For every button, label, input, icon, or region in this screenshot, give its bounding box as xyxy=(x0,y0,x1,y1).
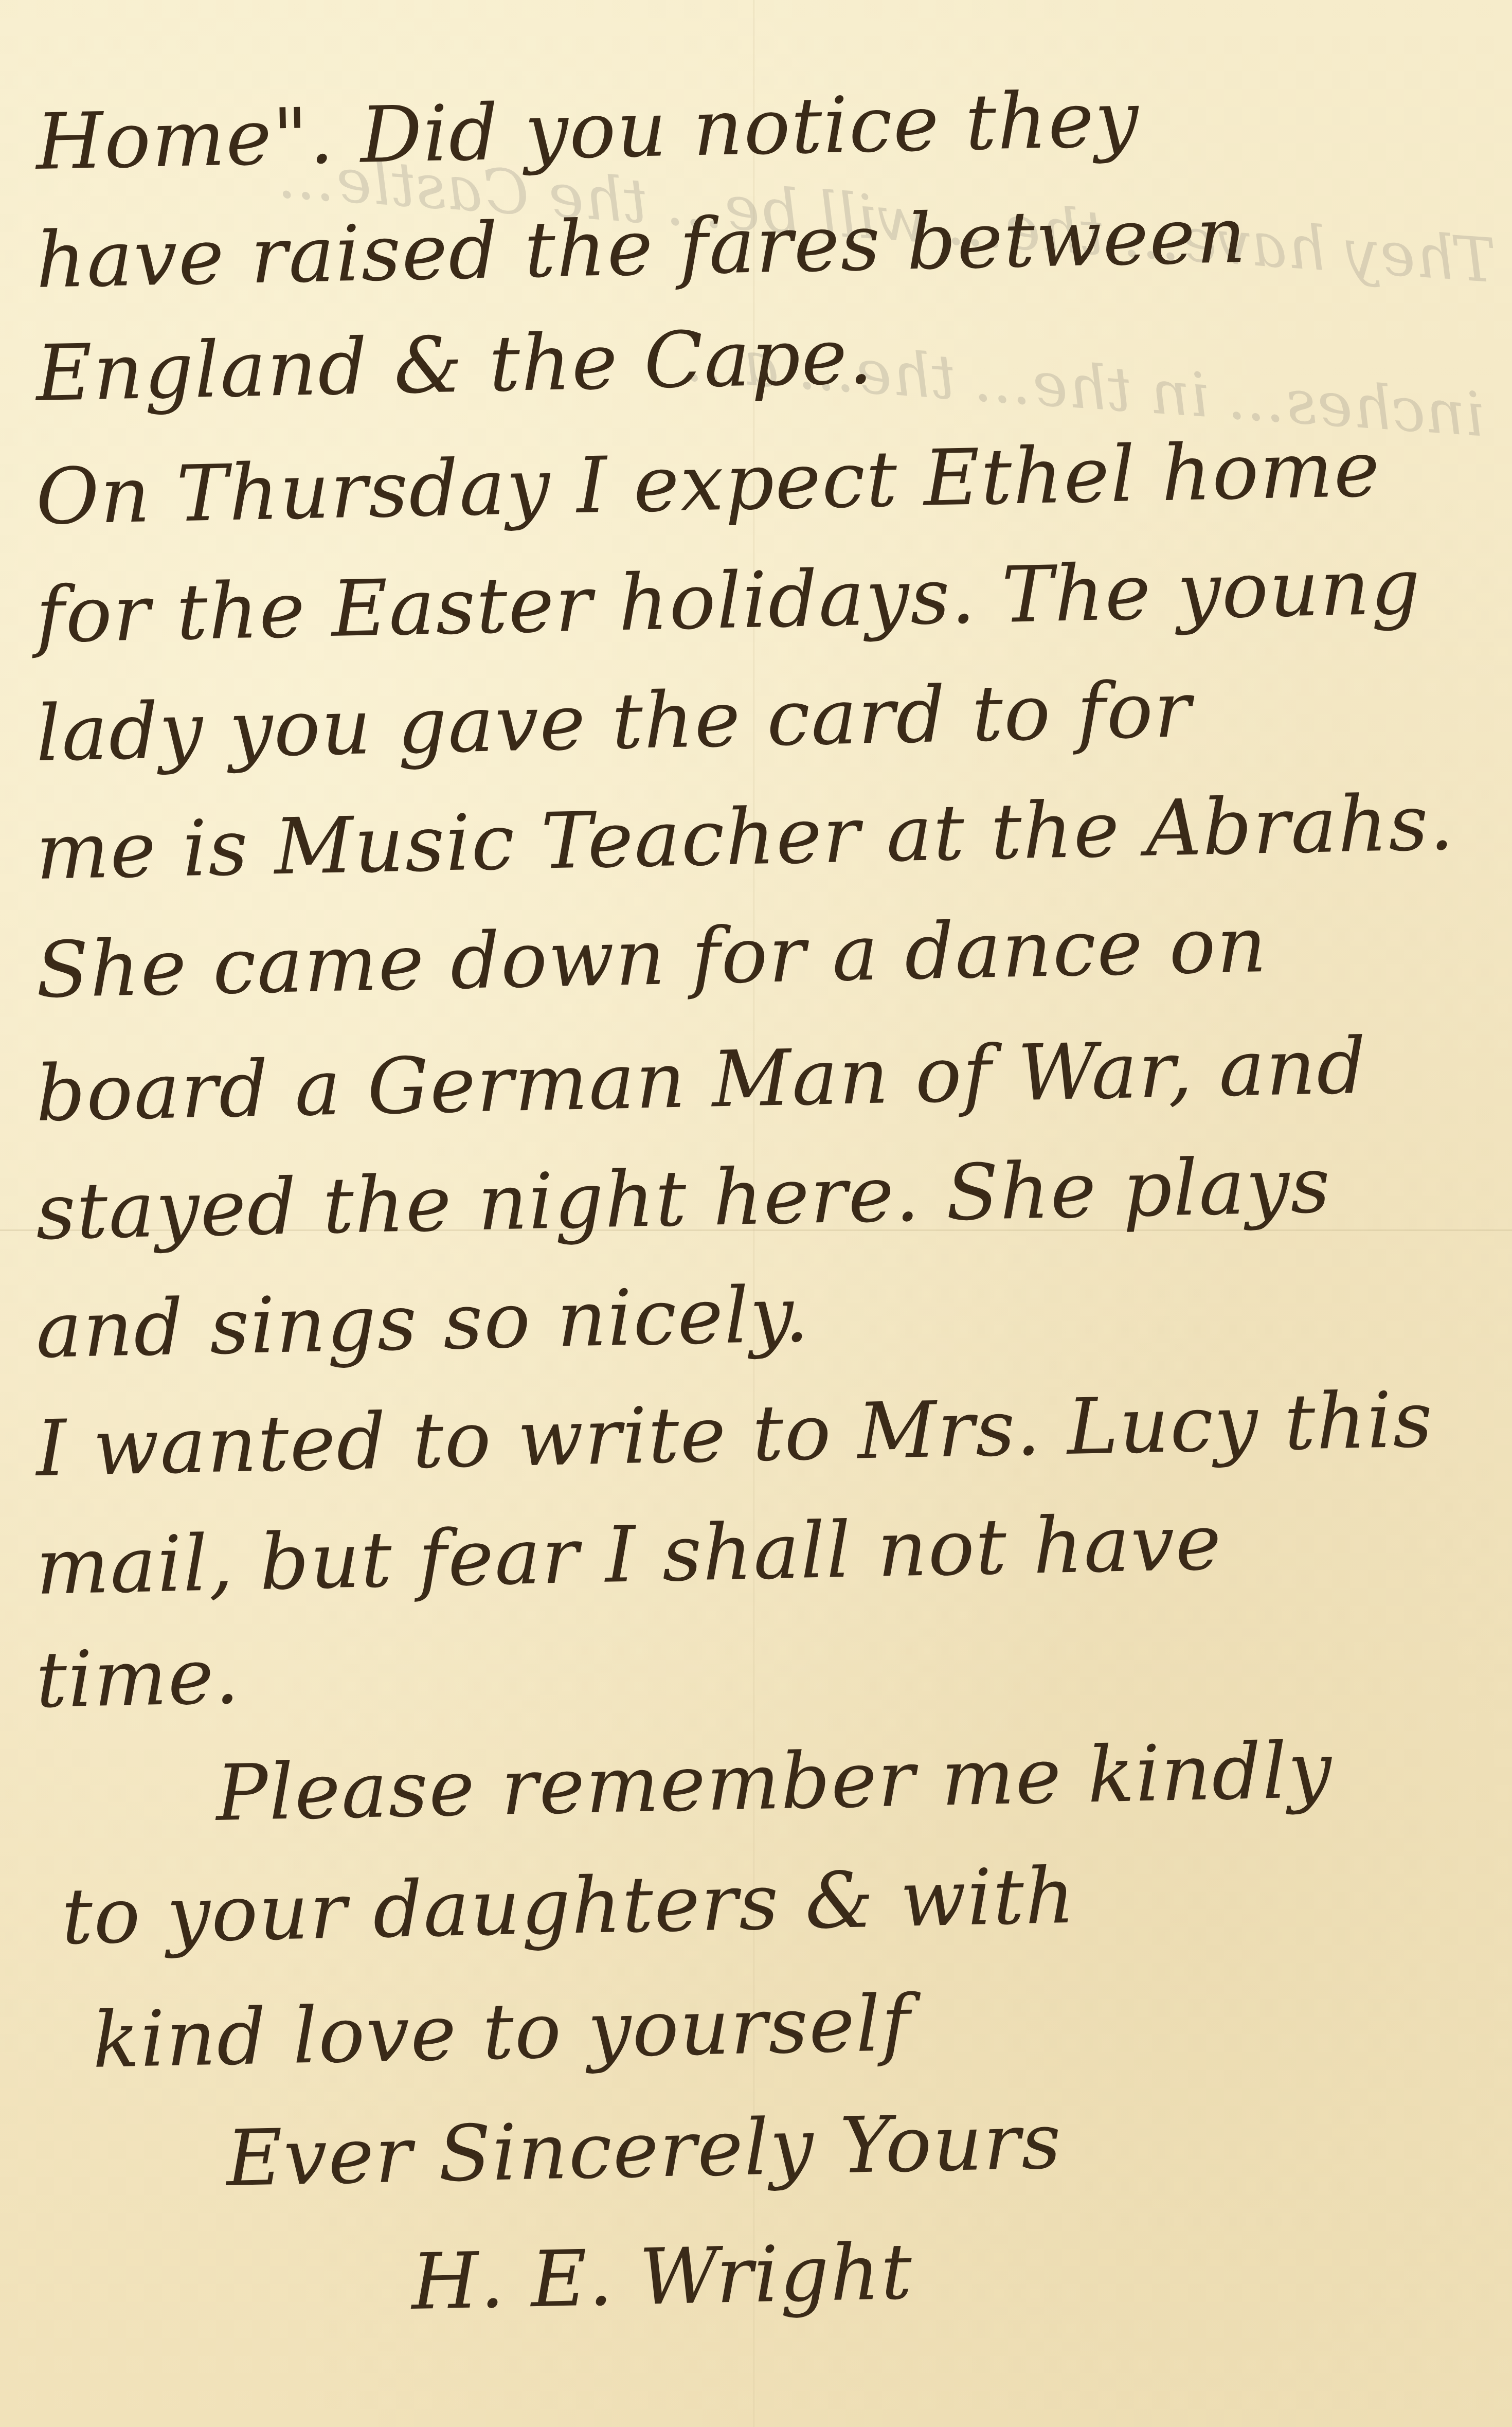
letter-line: me is Music Teacher at the Abrahs. xyxy=(35,778,1455,897)
letter-line: board a German Man of War, and xyxy=(35,1022,1368,1139)
letter-line: I wanted to write to Mrs. Lucy this xyxy=(35,1375,1434,1494)
letter-line: to your daughters & with xyxy=(61,1851,1076,1962)
letter-line: kind love to yourself xyxy=(92,1979,912,2085)
letter-line: mail, but fear I shall not have xyxy=(35,1498,1223,1612)
letter-line: and sings so nicely. xyxy=(35,1270,811,1376)
letter-line: lady you gave the card to for xyxy=(35,665,1193,779)
closing-salutation: Ever Sincerely Yours xyxy=(225,2097,1063,2204)
letter-line: Please remember me kindly xyxy=(215,1726,1333,1839)
signature: H. E. Wright xyxy=(410,2227,913,2327)
letter-page: They have... the... will be... the Castl… xyxy=(0,0,1512,2427)
letter-line: On Thursday I expect Ethel home xyxy=(35,424,1381,542)
letter-line: She came down for a dance on xyxy=(35,900,1268,1015)
letter-line: time. xyxy=(35,1632,241,1725)
letter-line: for the Easter holidays. The young xyxy=(35,542,1422,661)
letter-line: England & the Cape. xyxy=(35,312,874,419)
letter-line: stayed the night here. She plays xyxy=(35,1140,1332,1257)
